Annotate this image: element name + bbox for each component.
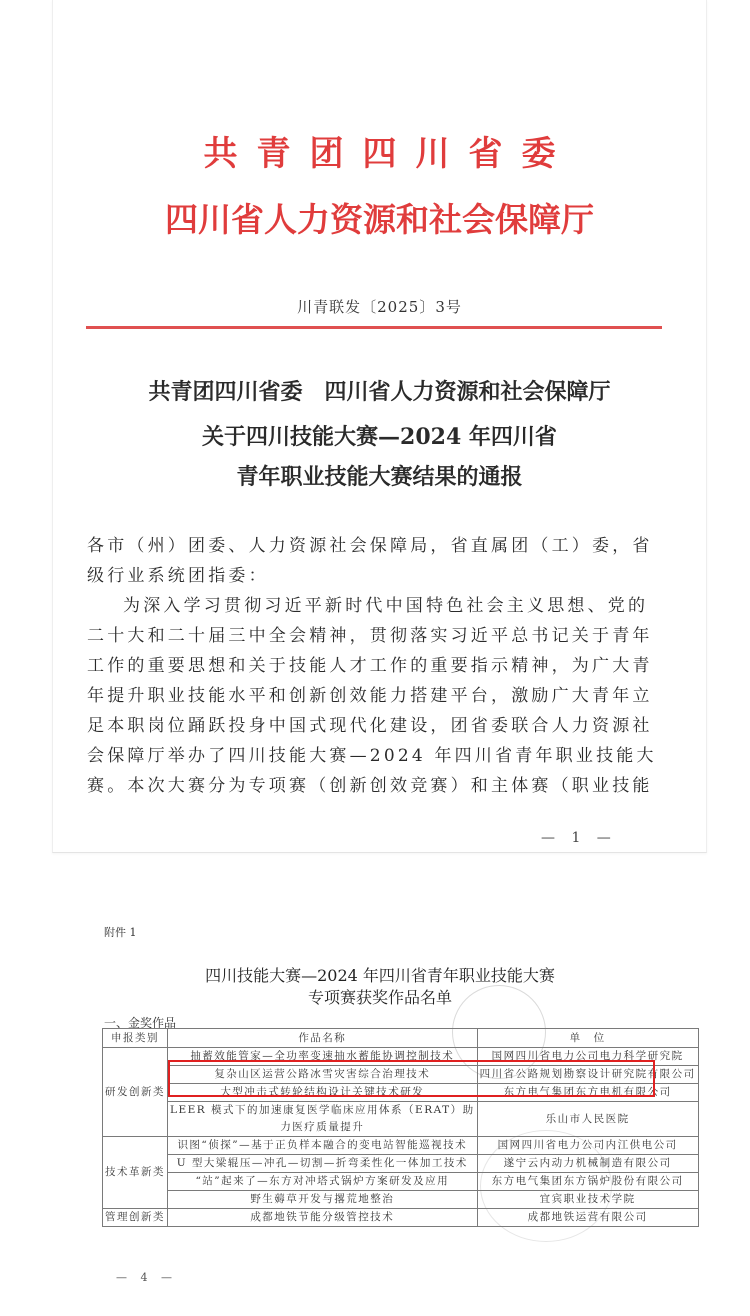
work-cell: U 型大梁辊压—冲孔—切割—折弯柔性化一体加工技术 [168, 1155, 478, 1173]
work-line-2: 力医疗质量提升 [170, 1119, 475, 1136]
category-cell: 技术革新类 [103, 1137, 168, 1209]
unit-cell: 成都地铁运营有限公司 [477, 1209, 698, 1227]
body-line: 级行业系统团指委： [87, 561, 557, 591]
page-number: — 1 — [541, 830, 617, 846]
category-cell: 研发创新类 [103, 1048, 168, 1137]
table-row: 野生薅草开发与撂荒地整治 宜宾职业技术学院 [103, 1191, 699, 1209]
body-line: 工作的重要思想和关于技能人才工作的重要指示精神，为广大青 [87, 651, 557, 681]
attachment-label: 附件 1 [104, 924, 137, 940]
work-cell: 野生薅草开发与撂荒地整治 [168, 1191, 478, 1209]
work-cell: 识图“侦探”—基于正负样本融合的变电站智能巡视技术 [168, 1137, 478, 1155]
notice-title-line-1: 共青团四川省委 四川省人力资源和社会保障厅 [53, 375, 706, 406]
work-line-1: LEER 模式下的加速康复医学临床应用体系（ERAT）助 [170, 1104, 475, 1116]
attachment-title-line-1: 四川技能大赛—2024 年四川省青年职业技能大赛 [100, 963, 660, 986]
body-line: 为深入学习贯彻习近平新时代中国特色社会主义思想、党的 [87, 591, 557, 621]
attachment-title-line-2: 专项赛获奖作品名单 [100, 985, 660, 1008]
table-row: U 型大梁辊压—冲孔—切割—折弯柔性化一体加工技术 遂宁云内动力机械制造有限公司 [103, 1155, 699, 1173]
page-number: — 4 — [116, 1271, 177, 1284]
unit-cell: 宜宾职业技术学院 [477, 1191, 698, 1209]
body-line: 会保障厅举办了四川技能大赛—2024 年四川省青年职业技能大 [87, 741, 557, 771]
body-line: 二十大和二十届三中全会精神，贯彻落实习近平总书记关于青年 [87, 621, 557, 651]
table-row: “站”起来了—东方对冲塔式锅炉方案研发及应用 东方电气集团东方锅炉股份有限公司 [103, 1173, 699, 1191]
unit-cell: 遂宁云内动力机械制造有限公司 [477, 1155, 698, 1173]
notice-body: 各市（州）团委、人力资源社会保障局，省直属团（工）委，省 级行业系统团指委： 为… [87, 531, 557, 801]
awards-table: 申报类别 作品名称 单 位 研发创新类 抽蓄效能管家—全功率变速抽水蓄能协调控制… [102, 1028, 699, 1227]
body-line: 赛。本次大赛分为专项赛（创新创效竞赛）和主体赛（职业技能 [87, 771, 557, 801]
column-header-work: 作品名称 [168, 1029, 478, 1048]
highlight-box [168, 1060, 655, 1097]
body-line: 各市（州）团委、人力资源社会保障局，省直属团（工）委，省 [87, 531, 557, 561]
document-number: 川青联发〔2025〕3号 [53, 296, 706, 317]
column-header-unit: 单 位 [477, 1029, 698, 1048]
unit-cell: 东方电气集团东方锅炉股份有限公司 [477, 1173, 698, 1191]
table-row: 技术革新类 识图“侦探”—基于正负样本融合的变电站智能巡视技术 国网四川省电力公… [103, 1137, 699, 1155]
unit-cell: 乐山市人民医院 [477, 1102, 698, 1137]
work-cell: 成都地铁节能分级管控技术 [168, 1209, 478, 1227]
category-cell: 管理创新类 [103, 1209, 168, 1227]
work-cell: “站”起来了—东方对冲塔式锅炉方案研发及应用 [168, 1173, 478, 1191]
table-header-row: 申报类别 作品名称 单 位 [103, 1029, 699, 1048]
body-line: 年提升职业技能水平和创新创效能力搭建平台，激励广大青年立 [87, 681, 557, 711]
red-divider-line [86, 326, 662, 329]
work-cell: LEER 模式下的加速康复医学临床应用体系（ERAT）助 力医疗质量提升 [168, 1102, 478, 1137]
notice-title-line-2: 关于四川技能大赛—2024 年四川省 [53, 420, 706, 451]
column-header-category: 申报类别 [103, 1029, 168, 1048]
document-page-1: 共青团四川省委 四川省人力资源和社会保障厅 川青联发〔2025〕3号 共青团四川… [52, 0, 707, 853]
issuer-name-hrss: 四川省人力资源和社会保障厅 [53, 194, 706, 241]
issuer-name-league: 共青团四川省委 [53, 126, 706, 175]
table-row: 管理创新类 成都地铁节能分级管控技术 成都地铁运营有限公司 [103, 1209, 699, 1227]
notice-title-line-3: 青年职业技能大赛结果的通报 [53, 460, 706, 491]
unit-cell: 国网四川省电力公司内江供电公司 [477, 1137, 698, 1155]
body-line: 足本职岗位踊跃投身中国式现代化建设，团省委联合人力资源社 [87, 711, 557, 741]
